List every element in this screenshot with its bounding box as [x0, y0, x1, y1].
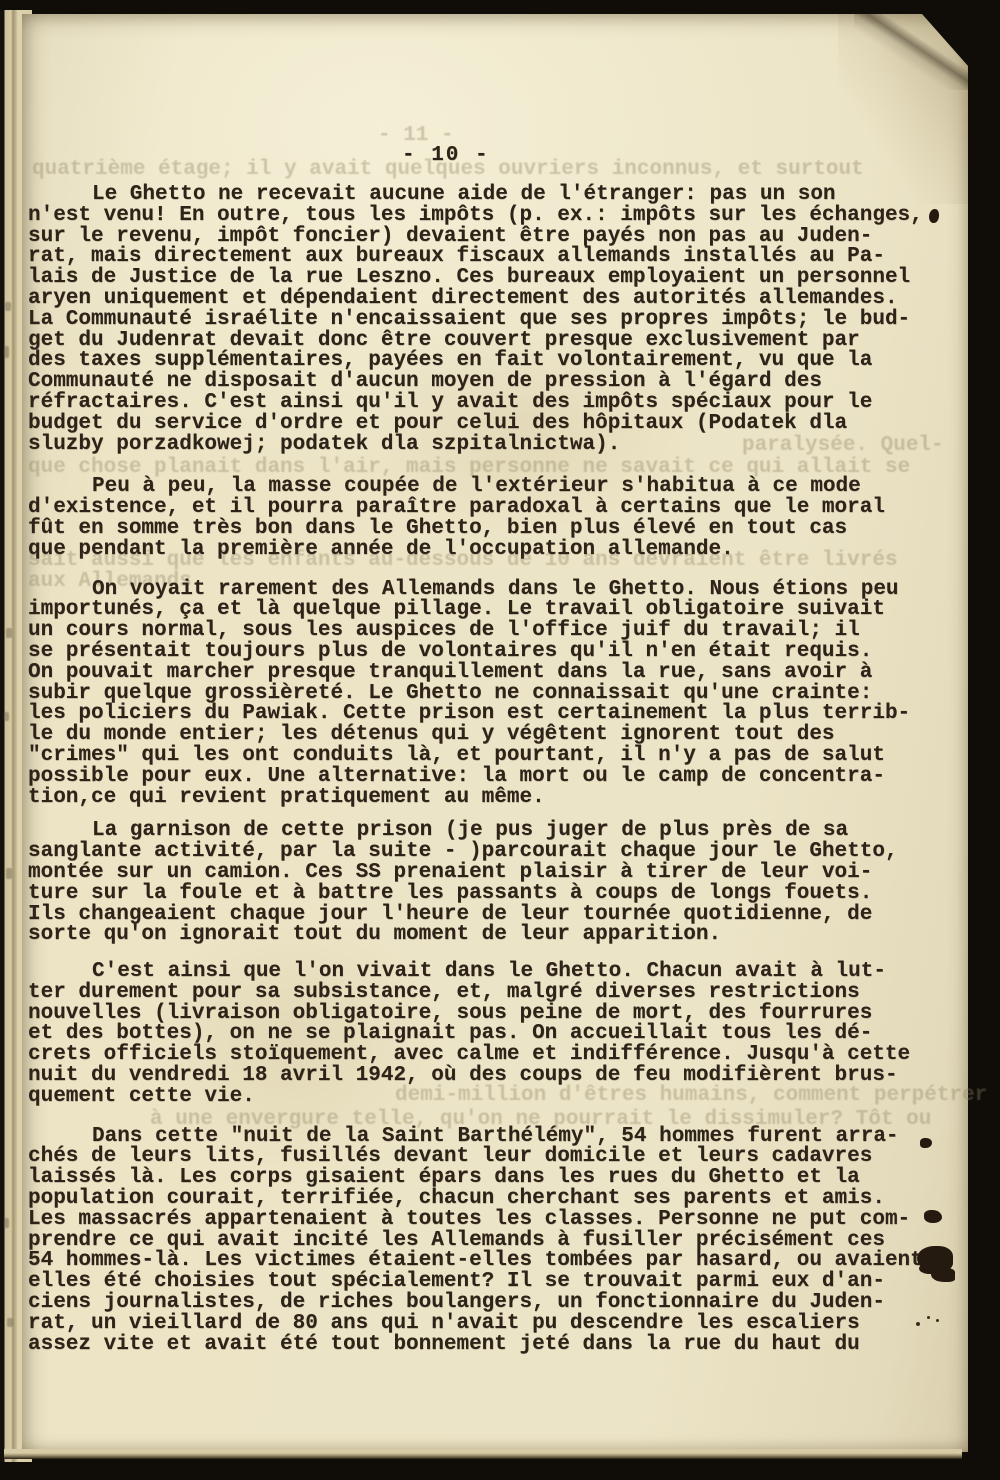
text-line: ture sur la foule et à battre les passan…: [28, 884, 964, 905]
text-line: Peu à peu, la masse coupée de l'extérieu…: [28, 477, 964, 498]
text-line: un cours normal, sous les auspices de l'…: [28, 621, 964, 642]
text-line: que pendant la première année de l'occup…: [28, 540, 964, 561]
page-number: - 10 -: [402, 144, 490, 167]
text-line: lais de Justice de la rue Leszno. Ces bu…: [28, 268, 964, 289]
text-line: ciens journalistes, de riches boulangers…: [28, 1293, 964, 1314]
text-line: et des bottes), on ne se plaignait pas. …: [28, 1024, 964, 1045]
text-line: sorte qu'on ignorait tout du moment de l…: [28, 925, 964, 946]
text-line: aryen uniquement et dépendaient directem…: [28, 289, 964, 310]
text-line: Dans cette "nuit de la Saint Barthélémy"…: [28, 1127, 964, 1148]
text-line: montée sur un camion. Ces SS prenaient p…: [28, 863, 964, 884]
text-line: n'est venu! En outre, tous les impôts (p…: [28, 206, 964, 227]
text-line: des taxes supplémentaires, payées en fai…: [28, 351, 964, 372]
text-line: ter durement pour sa subsistance, et, ma…: [28, 983, 964, 1004]
text-line: Le Ghetto ne recevait aucune aide de l'é…: [28, 185, 964, 206]
text-line: On pouvait marcher presque tranquillemen…: [28, 663, 964, 684]
text-line: sluzby porzadkowej; podatek dla szpitaln…: [28, 435, 964, 456]
page-corner-fold: [854, 10, 974, 90]
text-line: population courait, terrifiée, chacun ch…: [28, 1189, 964, 1210]
text-line: fût en somme très bon dans le Ghetto, bi…: [28, 519, 964, 540]
paragraph-1: Le Ghetto ne recevait aucune aide de l'é…: [28, 185, 964, 455]
text-line: prendre ce qui avait incité les Allemand…: [28, 1231, 964, 1252]
text-line: elles été choisies tout spécialement? Il…: [28, 1272, 964, 1293]
text-line: tion,ce qui revient pratiquement au même…: [28, 788, 964, 809]
paragraph-5: C'est ainsi que l'on vivait dans le Ghet…: [28, 962, 964, 1108]
text-line: assez vite et avait été tout bonnement j…: [28, 1335, 964, 1356]
text-line: La Communauté israélite n'encaissaient q…: [28, 310, 964, 331]
text-line: crets officiels stoïquement, avec calme …: [28, 1045, 964, 1066]
text-line: sanglante activité, par la suite - )parc…: [28, 842, 964, 863]
page-corner-shadow: [838, 14, 968, 204]
text-line: quement cette vie.: [28, 1087, 964, 1108]
text-line: nuit du vendredi 18 avril 1942, où des c…: [28, 1066, 964, 1087]
text-line: rat, mais directement aux bureaux fiscau…: [28, 247, 964, 268]
text-line: le du monde entier; les détenus qui y vé…: [28, 725, 964, 746]
text-line: Les massacrés appartenaient à toutes les…: [28, 1210, 964, 1231]
text-line: importunés, ça et là quelque pillage. Le…: [28, 600, 964, 621]
edge-artifact: [6, 628, 12, 638]
text-line: nouvelles (livraison obligatoire, sous p…: [28, 1004, 964, 1025]
scanned-document: - 11 -quatrième étage; il y avait quelqu…: [0, 0, 1000, 1480]
edge-artifact: [4, 712, 9, 721]
text-line: laissés là. Les corps gisaient épars dan…: [28, 1168, 964, 1189]
text-line: chés de leurs lits, fusillés devant leur…: [28, 1147, 964, 1168]
edge-artifact: [4, 346, 9, 358]
text-line: 54 hommes-là. Les victimes étaient-elles…: [28, 1251, 964, 1272]
text-line: On voyait rarement des Allemands dans le…: [28, 580, 964, 601]
paragraph-3: On voyait rarement des Allemands dans le…: [28, 580, 964, 809]
text-line: possible pour eux. Une alternative: la m…: [28, 767, 964, 788]
text-line: réfractaires. C'est ainsi qu'il y avait …: [28, 393, 964, 414]
edge-artifact: [6, 868, 12, 879]
edge-artifact: [7, 1318, 13, 1327]
text-line: "crimes" qui les ont conduits là, et pou…: [28, 746, 964, 767]
text-line: budget du service d'ordre et pour celui …: [28, 414, 964, 435]
text-line: subir quelque grossièreté. Le Ghetto ne …: [28, 684, 964, 705]
text-line: rat, un vieillard de 80 ans qui n'avait …: [28, 1314, 964, 1335]
paragraph-2: Peu à peu, la masse coupée de l'extérieu…: [28, 477, 964, 560]
text-line: Communauté ne disposait d'aucun moyen de…: [28, 372, 964, 393]
text-line: Ils changeaient chaque jour l'heure de l…: [28, 905, 964, 926]
typewritten-text: Le Ghetto ne recevait aucune aide de l'é…: [28, 185, 964, 1355]
edge-artifact: [5, 302, 11, 311]
text-line: get du Judenrat devait donc être couvert…: [28, 331, 964, 352]
paragraph-4: La garnison de cette prison (je pus juge…: [28, 821, 964, 946]
edge-artifact: [4, 1218, 9, 1228]
text-line: La garnison de cette prison (je pus juge…: [28, 821, 964, 842]
text-line: d'existence, et il pourra paraître parad…: [28, 498, 964, 519]
text-line: sur le revenu, impôt foncier) devaient ê…: [28, 227, 964, 248]
page-stack-bottom-edge: [4, 1449, 962, 1459]
text-line: C'est ainsi que l'on vivait dans le Ghet…: [28, 962, 964, 983]
paragraph-6: Dans cette "nuit de la Saint Barthélémy"…: [28, 1127, 964, 1356]
text-line: les policiers du Pawiak. Cette prison es…: [28, 704, 964, 725]
text-line: se présentait toujours plus de volontair…: [28, 642, 964, 663]
